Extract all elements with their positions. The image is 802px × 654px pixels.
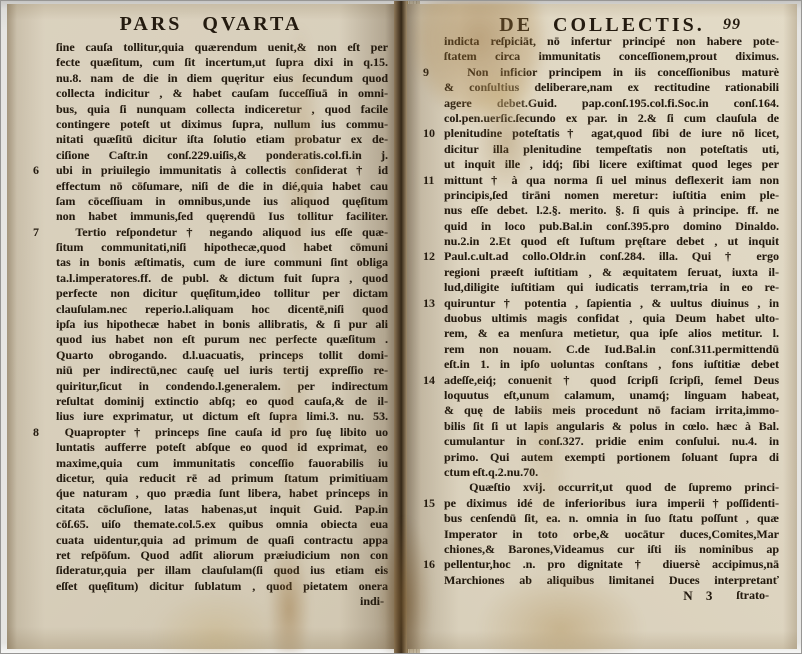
margin-number [33,271,56,286]
line-text: quiritur,ſicut in condendo.l.generalem. … [56,379,388,394]
line-text: primo. Qui autem exempti portionem ſolua… [444,450,779,465]
line-text: quid in loco pub.Bal.in conſ.395.pro dom… [444,219,779,234]
line-text: Imperator in toto orbe,& uocātur duces,C… [444,527,779,542]
text-line: Quæſtio xvij. occurrit,ut quod de ſuprem… [423,480,779,495]
margin-number [423,234,444,249]
right-text-column: indicta reſpiciāt, nō infertur principé … [423,34,779,604]
text-line: 16pellentur,hoc .n. pro dignitate † diue… [423,557,779,572]
line-text: tas in bonis æſtimatis, cum de iure comm… [56,255,388,270]
line-text: ciſione Caſtr.in conſ.229.uiſis,& ponder… [56,148,388,163]
margin-number [423,49,444,64]
line-text: maxime,quia cum immunitatis conceſſio fa… [56,456,388,471]
catchword: ſtrato- [736,588,769,604]
left-text-column: ſine cauſa tollitur,quia quærendum uenit… [33,40,388,610]
text-line: eſſet quęſitum) dicitur ſublatum , quod … [33,579,388,594]
text-line: nu.8. nam de die in diem quęritur eius ſ… [33,71,388,86]
margin-number [33,394,56,409]
text-line: cumulantur in conſ.327. pridie enim conſ… [423,434,779,449]
margin-number: 8 [33,425,56,440]
signature-mark: N 3 [683,588,712,604]
line-text: cumulantur in conſ.327. pridie enim conſ… [444,434,779,449]
line-text: & conſultius deliberare,nam ex rectitudi… [444,80,779,95]
left-running-title: PARS QVARTA [7,13,397,36]
text-line: Imperator in toto orbe,& uocātur duces,C… [423,527,779,542]
left-catchword-line: indi- [33,594,388,610]
line-text: Quæſtio xvij. occurrit,ut quod de ſuprem… [444,480,779,495]
line-text: ut inquit ille , idq́; ſibi licere exiſt… [444,157,779,172]
line-text: q́ue naturam , quo prædia ſunt libera, h… [56,486,388,501]
line-text: lud,diligite iuſtitiam qui iudicatis ter… [444,280,779,295]
line-text: eſt.in 1. in ipſo uoluntas conſtans , fo… [444,357,779,372]
margin-number: 6 [33,163,56,178]
margin-number [33,148,56,163]
text-line: citata cōcluſione, latas habenas,ut inqu… [33,502,388,517]
text-line: ciſione Caſtr.in conſ.229.uiſis,& ponder… [33,148,388,163]
text-line: 11mittunt † à qua norma ſi uel minus def… [423,173,779,188]
line-text: Quarto obrogando. d.l.uacuatis, princeps… [56,348,388,363]
line-text: cuata uidentur,quia ad primum de quaſi c… [56,533,388,548]
text-line: quid in loco pub.Bal.in conſ.395.pro dom… [423,219,779,234]
margin-number: 10 [423,126,444,141]
text-line: 15pe diximus idé de inferioribus iura im… [423,496,779,511]
text-line: chiones,& Barones,Videamus cur iſti iis … [423,542,779,557]
line-text: agere debet.Guid. pap.conſ.195.col.fi.So… [444,96,779,111]
text-line: agere debet.Guid. pap.conſ.195.col.fi.So… [423,96,779,111]
margin-number [423,203,444,218]
text-line: nus eſſe debet. l.2.§. merito. §. ſi qui… [423,203,779,218]
text-line: ctum eſt.q.2.nu.70. [423,465,779,480]
line-text: contingere poteſt ut diximus ſupra, null… [56,117,388,132]
margin-number [423,326,444,341]
line-text: bilis ſit ſi ut lapis angularis & polus … [444,419,779,434]
text-line: maxime,quia cum immunitatis conceſſio fa… [33,456,388,471]
text-line: nitati quæſitū dicitur iſta ſolutio etia… [33,132,388,147]
text-line: lius iure exprimatur, ut dictum eſt ſupr… [33,409,388,424]
margin-number [423,219,444,234]
text-line: niū per indirectū,nec cauſę uel iuris te… [33,363,388,378]
line-text: Marchiones ab aliquibus limitanei Duces … [444,573,779,588]
line-text: clauſulam.nec reperio.l.aliquam hoc dice… [56,302,388,317]
text-line: regioni præeſt iuſtitiam , & æquitatem ſ… [423,265,779,280]
text-line: bilis ſit ſi ut lapis angularis & polus … [423,419,779,434]
text-line: bus, quia ſi nunquam collecta indiceretu… [33,102,388,117]
margin-number [33,502,56,517]
text-line: 9 Non inficior principem in iis conceſſi… [423,65,779,80]
book-scan: PARS QVARTA ſine cauſa tollitur,quia quæ… [0,0,802,654]
margin-number [33,286,56,301]
line-text: pe diximus idé de inferioribus iura impe… [444,496,779,511]
line-text: loquutus eſt,unum calamum, unamq́; lingu… [444,388,779,403]
margin-number [33,471,56,486]
margin-number [423,480,444,495]
margin-number: 14 [423,373,444,388]
margin-number: 11 [423,173,444,188]
text-line: bus cenſendū ſit, ea. n. omnia in ſuo ſt… [423,511,779,526]
text-line: 10plenitudine poteſtatis† agat,quod ſibi… [423,126,779,141]
line-text: plenitudine poteſtatis† agat,quod ſibi d… [444,126,779,141]
margin-number [33,332,56,347]
line-text: nu.8. nam de die in diem quęritur eius ſ… [56,71,388,86]
text-line: 8 Quapropter † princeps ſine cauſa id pr… [33,425,388,440]
margin-number [33,86,56,101]
margin-number [33,486,56,501]
text-line: lud,diligite iuſtitiam qui iudicatis ter… [423,280,779,295]
line-text: bus cenſendū ſit, ea. n. omnia in ſuo ſt… [444,511,779,526]
text-line: perfecte non dicitur quęſitum,ideo tolli… [33,286,388,301]
text-line: tas in bonis æſtimatis, cum de iure comm… [33,255,388,270]
text-line: Quarto obrogando. d.l.uacuatis, princeps… [33,348,388,363]
line-text: ſitum communitati,niſi hipothecæ,quod ha… [56,240,388,255]
line-text: regioni præeſt iuſtitiam , & æquitatem ſ… [444,265,779,280]
line-text: ſideratur,quia per illam clauſulam(ſi qu… [56,563,388,578]
margin-number: 15 [423,496,444,511]
line-text: & quę de labiis meis procedunt nō faciam… [444,403,779,418]
line-text: ſtatem circa immunitatis conceſſionem,pr… [444,49,779,64]
text-line: nu.2.in 2.Et quod eſt Iuſtum pręſtare de… [423,234,779,249]
margin-number [33,379,56,394]
text-line: reſultat dominij extinctio abſq; eo quod… [33,394,388,409]
line-text: principis,ſed tirāni nomen meretur: iuſt… [444,188,779,203]
line-text: ubi in priuilegio immunitatis à collecti… [56,163,388,178]
margin-number [423,357,444,372]
text-line: 6ubi in priuilegio immunitatis à collect… [33,163,388,178]
margin-number [423,280,444,295]
text-line: clauſulam.nec reperio.l.aliquam hoc dice… [33,302,388,317]
line-text: dicetur, quia reducit rē ad primum ſtatu… [56,471,388,486]
text-line: collecta indicitur , & habet cauſam ſucc… [33,86,388,101]
line-text: lius iure exprimatur, ut dictum eſt ſupr… [56,409,388,424]
text-line: 13quiruntur † potentia , ſapientia , & u… [423,296,779,311]
margin-number [33,117,56,132]
margin-number [423,157,444,172]
line-text: collecta indicitur , & habet cauſam ſucc… [56,86,388,101]
margin-number [423,34,444,49]
text-line: ut inquit ille , idq́; ſibi licere exiſt… [423,157,779,172]
right-signature-line: N 3 ſtrato- [423,588,779,604]
margin-number [33,579,56,594]
margin-number [33,179,56,194]
margin-number [33,302,56,317]
text-line: 14adeſſe,eiq́; conuenit † quod ſcripſi ſ… [423,373,779,388]
binding-gutter [394,1,408,654]
line-text: ret reſpōſum. Quod adſit aliorum præiudi… [56,548,388,563]
margin-number [423,527,444,542]
line-text: indicta reſpiciāt, nō infertur principé … [444,34,779,49]
margin-number [33,40,56,55]
line-text: Quapropter † princeps ſine cauſa id pro … [56,425,388,440]
line-text: quod ius habet non eſt purum nec perfect… [56,332,388,347]
line-text: effectum nō cōſumare, niſi de die in dié… [56,179,388,194]
margin-number [33,533,56,548]
margin-number [33,363,56,378]
margin-number [33,440,56,455]
margin-number [33,409,56,424]
text-line: cōſ.65. uiſo themate.col.5.ex quibus omn… [33,517,388,532]
text-line: primo. Qui autem exempti portionem ſolua… [423,450,779,465]
line-text: ctum eſt.q.2.nu.70. [444,465,779,480]
line-text: ſine cauſa tollitur,quia quærendum uenit… [56,40,388,55]
margin-number [423,265,444,280]
line-text: bus, quia ſi nunquam collecta indiceretu… [56,102,388,117]
margin-number [33,209,56,224]
left-page: PARS QVARTA ſine cauſa tollitur,quia quæ… [7,4,397,649]
margin-number [423,419,444,434]
line-text: chiones,& Barones,Videamus cur iſti iis … [444,542,779,557]
margin-number [423,80,444,95]
line-text: non habet immunis,ſed quęrendū Ius tolli… [56,209,388,224]
text-line: Marchiones ab aliquibus limitanei Duces … [423,573,779,588]
text-line: rem non nouam. C.de Iud.Bal.in conſ.311.… [423,342,779,357]
text-line: ſam cōceſſiuam in omnibus,unde ius aliqu… [33,194,388,209]
margin-number [423,311,444,326]
margin-number [423,573,444,588]
text-line: col.pen.uerſic.ſecundo ex par. in 2.& ſi… [423,111,779,126]
text-line: ſideratur,quia per illam clauſulam(ſi qu… [33,563,388,578]
text-line: ſtatem circa immunitatis conceſſionem,pr… [423,49,779,64]
line-text: mittunt † à qua norma ſi uel minus defle… [444,173,779,188]
margin-number: 16 [423,557,444,572]
margin-number [423,465,444,480]
text-line: rem, & ea menſura metietur, qua ipſe ali… [423,326,779,341]
margin-number [423,142,444,157]
line-text: citata cōcluſione, latas habenas,ut inqu… [56,502,388,517]
line-text: nu.2.in 2.Et quod eſt Iuſtum pręſtare de… [444,234,779,249]
margin-number [423,188,444,203]
text-line: duobus ultimis magis confidat , quia Deu… [423,311,779,326]
text-line: ta.l.imperatores.ff. de publ. & dictum f… [33,271,388,286]
text-line: cuata uidentur,quia ad primum de quaſi c… [33,533,388,548]
text-line: indicta reſpiciāt, nō infertur principé … [423,34,779,49]
line-text: duobus ultimis magis confidat , quia Deu… [444,311,779,326]
margin-number: 9 [423,65,444,80]
text-line: dicitur illa plenitudine tempeſtatis non… [423,142,779,157]
line-text: ta.l.imperatores.ff. de publ. & dictum f… [56,271,388,286]
margin-number [33,55,56,70]
margin-number [423,542,444,557]
line-text: adeſſe,eiq́; conuenit † quod ſcripſi ſcr… [444,373,779,388]
left-text-lines: ſine cauſa tollitur,quia quærendum uenit… [33,40,388,594]
line-text: perfecte non dicitur quęſitum,ideo tolli… [56,286,388,301]
line-text: luntatis aufferre poteſt abſque eo quod … [56,440,388,455]
margin-number [33,240,56,255]
text-line: contingere poteſt ut diximus ſupra, null… [33,117,388,132]
text-line: q́ue naturam , quo prædia ſunt libera, h… [33,486,388,501]
line-text: cōſ.65. uiſo themate.col.5.ex quibus omn… [56,517,388,532]
text-line: & conſultius deliberare,nam ex rectitudi… [423,80,779,95]
margin-number: 13 [423,296,444,311]
margin-number [33,456,56,471]
line-text: fecte quæſitum, cum ſit incertum,ut ſupr… [56,55,388,70]
text-line: principis,ſed tirāni nomen meretur: iuſt… [423,188,779,203]
line-text: ſam cōceſſiuam in omnibus,unde ius aliqu… [56,194,388,209]
text-line: loquutus eſt,unum calamum, unamq́; lingu… [423,388,779,403]
line-text: Non inficior principem in iis conceſſion… [444,65,779,80]
margin-number [33,548,56,563]
line-text: pellentur,hoc .n. pro dignitate † diuers… [444,557,779,572]
margin-number [423,342,444,357]
margin-number [33,71,56,86]
margin-number: 7 [33,225,56,240]
text-line: effectum nō cōſumare, niſi de die in dié… [33,179,388,194]
margin-number [423,388,444,403]
line-text: niū per indirectū,nec cauſę uel iuris te… [56,363,388,378]
line-text: Paul.c.ult.ad collo.Oldr.in conſ.284. il… [444,249,779,264]
text-line: ſine cauſa tollitur,quia quærendum uenit… [33,40,388,55]
line-text: reſultat dominij extinctio abſq; eo quod… [56,394,388,409]
right-text-lines: indicta reſpiciāt, nō infertur principé … [423,34,779,588]
text-line: fecte quæſitum, cum ſit incertum,ut ſupr… [33,55,388,70]
margin-number [33,348,56,363]
line-text: Tertio reſpondetur † negando aliquod ius… [56,225,388,240]
line-text: rem non nouam. C.de Iud.Bal.in conſ.311.… [444,342,779,357]
margin-number [33,563,56,578]
text-line: quiritur,ſicut in condendo.l.generalem. … [33,379,388,394]
text-line: 7 Tertio reſpondetur † negando aliquod i… [33,225,388,240]
text-line: ipſa ius hipothecæ habet in bonis allibr… [33,317,388,332]
text-line: dicetur, quia reducit rē ad primum ſtatu… [33,471,388,486]
text-line: ſitum communitati,niſi hipothecæ,quod ha… [33,240,388,255]
line-text: ipſa ius hipothecæ habet in bonis allibr… [56,317,388,332]
text-line: 12Paul.c.ult.ad collo.Oldr.in conſ.284. … [423,249,779,264]
text-line: & quę de labiis meis procedunt nō faciam… [423,403,779,418]
catchword: indi- [360,594,384,610]
margin-number [423,450,444,465]
text-line: eſt.in 1. in ipſo uoluntas conſtans , fo… [423,357,779,372]
margin-number [33,317,56,332]
margin-number [423,111,444,126]
margin-number [33,132,56,147]
margin-number [423,403,444,418]
text-line: quod ius habet non eſt purum nec perfect… [33,332,388,347]
margin-number [33,517,56,532]
line-text: eſſet quęſitum) dicitur ſublatum , quod … [56,579,388,594]
line-text: nitati quæſitū dicitur iſta ſolutio etia… [56,132,388,147]
text-line: ret reſpōſum. Quod adſit aliorum præiudi… [33,548,388,563]
margin-number [33,102,56,117]
page-number: 99 [723,16,741,34]
text-line: non habet immunis,ſed quęrendū Ius tolli… [33,209,388,224]
margin-number [423,434,444,449]
line-text: nus eſſe debet. l.2.§. merito. §. ſi qui… [444,203,779,218]
margin-number [33,255,56,270]
line-text: col.pen.uerſic.ſecundo ex par. in 2.& ſi… [444,111,779,126]
line-text: dicitur illa plenitudine tempeſtatis non… [444,142,779,157]
right-page: DE COLLECTIS. 99 indicta reſpiciāt, nō i… [407,4,797,649]
text-line: luntatis aufferre poteſt abſque eo quod … [33,440,388,455]
line-text: quiruntur † potentia , ſapientia , & uul… [444,296,779,311]
margin-number [423,511,444,526]
line-text: rem, & ea menſura metietur, qua ipſe ali… [444,326,779,341]
margin-number: 12 [423,249,444,264]
margin-number [423,96,444,111]
margin-number [33,194,56,209]
